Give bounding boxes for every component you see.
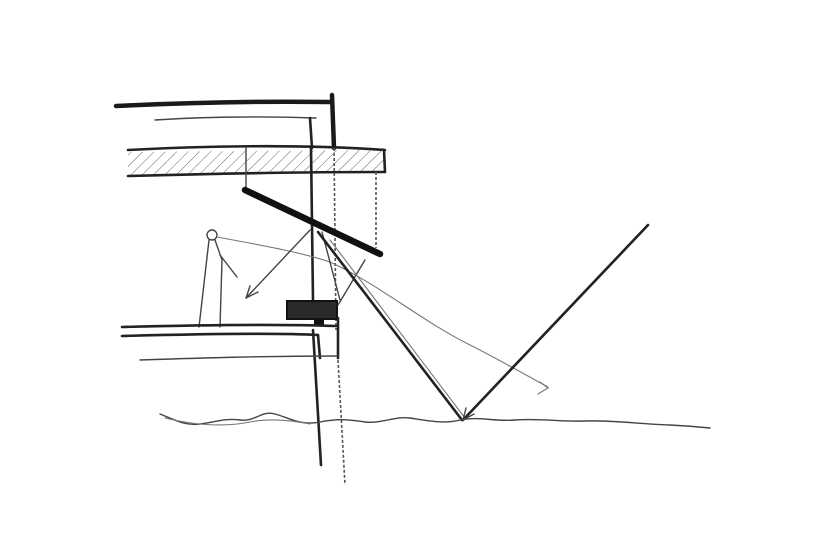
light-box [287,301,337,326]
incoming-light-ray [318,225,648,420]
person-figure [199,230,237,327]
architectural-section-sketch [0,0,818,545]
water-surface [160,413,710,428]
hatched-floor-slab [128,150,385,176]
lower-floor-slab [122,318,338,360]
roof-overhang [116,95,385,150]
